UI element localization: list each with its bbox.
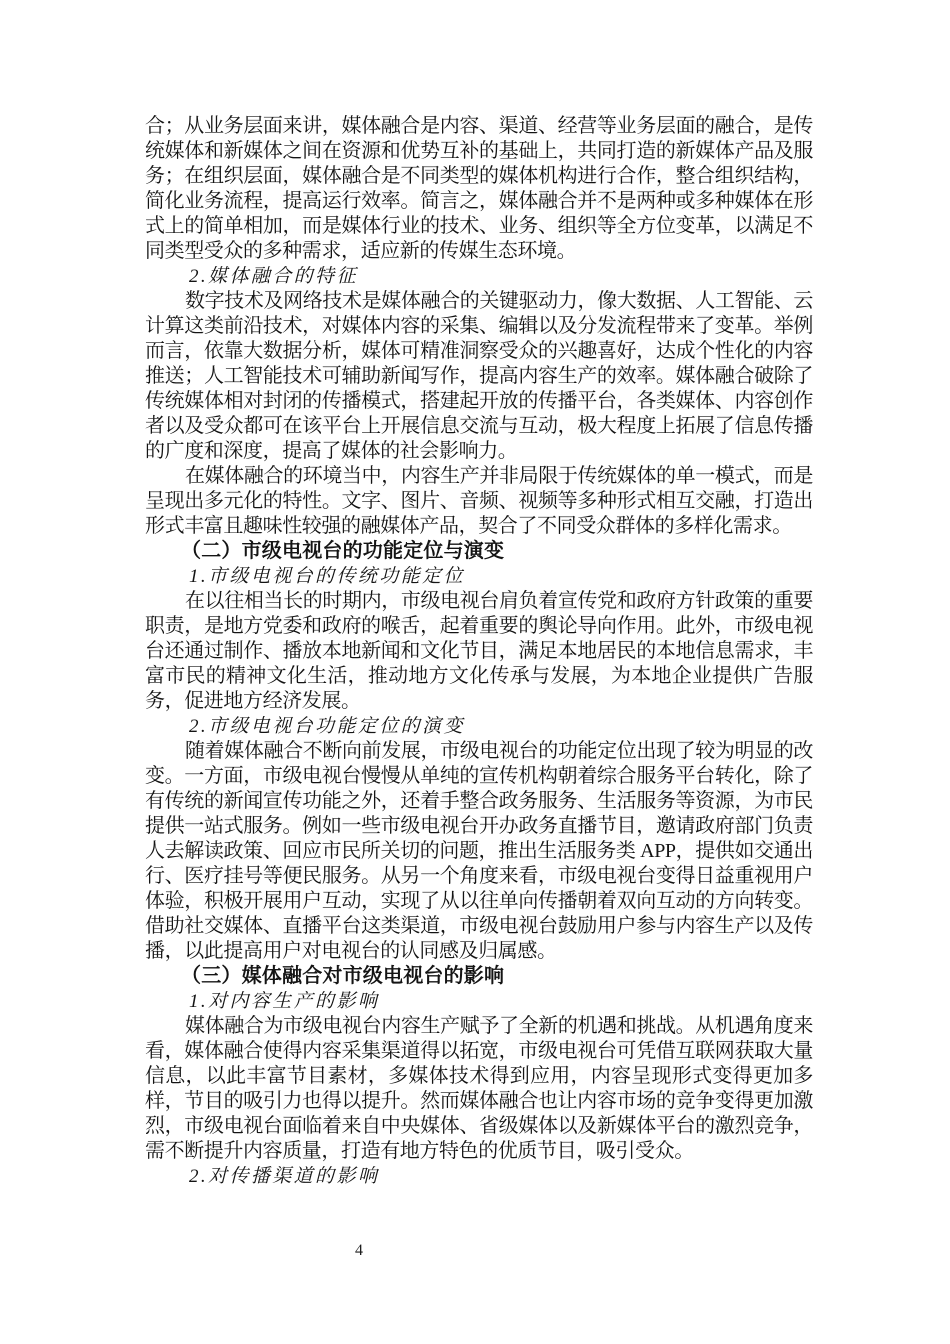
paragraph-traditional-role-of-municipal-tv: 在以往相当长的时期内，市级电视台肩负着宣传党和政府方针政策的重要职责，是地方党委… — [145, 589, 813, 714]
paragraph-diversified-content-production: 在媒体融合的环境当中，内容生产并非局限于传统媒体的单一模式，而是呈现出多元化的特… — [145, 464, 813, 539]
subheading-impact-on-communication-channels: 2.对传播渠道的影响 — [145, 1164, 813, 1189]
section-heading-municipal-tv-function-positioning: （二）市级电视台的功能定位与演变 — [145, 539, 813, 564]
page-number: 4 — [355, 1242, 363, 1260]
subheading-traditional-function-positioning: 1.市级电视台的传统功能定位 — [145, 564, 813, 589]
subheading-function-positioning-evolution: 2.市级电视台功能定位的演变 — [145, 714, 813, 739]
document-text-block: 合；从业务层面来讲，媒体融合是内容、渠道、经营等业务层面的融合，是传统媒体和新媒… — [145, 114, 813, 1189]
document-page: 合；从业务层面来讲，媒体融合是内容、渠道、经营等业务层面的融合，是传统媒体和新媒… — [0, 0, 950, 1344]
paragraph-media-convergence-definition-continued: 合；从业务层面来讲，媒体融合是内容、渠道、经营等业务层面的融合，是传统媒体和新媒… — [145, 114, 813, 264]
subheading-media-convergence-features: 2.媒体融合的特征 — [145, 264, 813, 289]
section-heading-media-convergence-impact: （三）媒体融合对市级电视台的影响 — [145, 964, 813, 989]
paragraph-evolution-of-municipal-tv-function: 随着媒体融合不断向前发展，市级电视台的功能定位出现了较为明显的改变。一方面，市级… — [145, 739, 813, 964]
paragraph-digital-technology-driving-force: 数字技术及网络技术是媒体融合的关键驱动力，像大数据、人工智能、云计算这类前沿技术… — [145, 289, 813, 464]
subheading-impact-on-content-production: 1.对内容生产的影响 — [145, 989, 813, 1014]
paragraph-opportunities-and-challenges: 媒体融合为市级电视台内容生产赋予了全新的机遇和挑战。从机遇角度来看，媒体融合使得… — [145, 1014, 813, 1164]
